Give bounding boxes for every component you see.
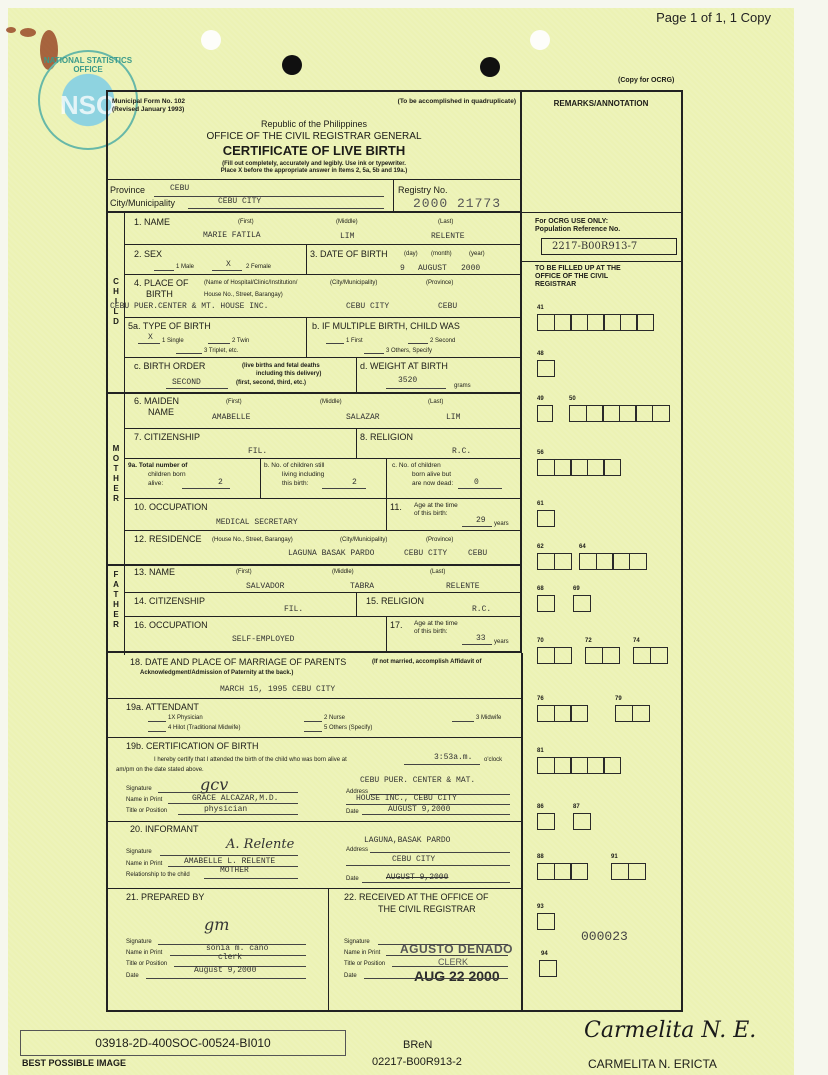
informant-name: AMABELLE L. RELENTE xyxy=(184,858,275,866)
best-image-label: BEST POSSIBLE IMAGE xyxy=(22,1059,126,1068)
population-ref-box: 2217-B00R913-7 xyxy=(541,238,677,255)
dob-year: 2000 xyxy=(461,265,480,273)
children-born-alive: 2 xyxy=(218,479,223,487)
stain xyxy=(20,28,36,37)
population-ref-value: 2217-B00R913-7 xyxy=(552,242,637,252)
code-boxes-50 xyxy=(569,405,668,422)
prepared-name: sonia m. cano xyxy=(206,945,268,953)
children-living: 2 xyxy=(352,479,357,487)
attendant-name: GRACE ALCAZAR,M.D. xyxy=(192,795,278,803)
birth-weight: 3520 xyxy=(398,377,417,385)
prepared-signature: gm xyxy=(204,915,229,934)
control-number-box: 03918-2D-400SOC-00524-BI010 xyxy=(20,1030,346,1056)
bren-number: 02217-B00R913-2 xyxy=(372,1057,462,1068)
code-boxes-48 xyxy=(537,360,554,377)
republic-label: Republic of the Philippines xyxy=(108,120,520,129)
mother-residence-street: LAGUNA BASAK PARDO xyxy=(288,550,374,558)
code-boxes-49 xyxy=(537,405,552,422)
prepared-title: clerk xyxy=(218,954,242,962)
punch-hole xyxy=(530,30,550,50)
father-age: 33 xyxy=(476,635,486,643)
mother-occupation: MEDICAL SECRETARY xyxy=(216,519,298,527)
informant-address-1: LAGUNA,BASAK PARDO xyxy=(364,837,450,845)
office-label: OFFICE OF THE CIVIL REGISTRAR GENERAL xyxy=(108,132,520,142)
mother-residence-city: CEBU CITY xyxy=(404,550,447,558)
certification-section: 18. DATE AND PLACE OF MARRIAGE OF PARENT… xyxy=(106,653,523,1012)
remarks-panel: REMARKS/ANNOTATION For OCRG USE ONLY: Po… xyxy=(521,90,683,1012)
code-boxes-41 xyxy=(537,314,653,331)
code-boxes-94 xyxy=(539,960,556,977)
mother-residence-province: CEBU xyxy=(468,550,487,558)
code-boxes-69 xyxy=(573,595,590,612)
informant-relationship: MOTHER xyxy=(220,867,249,875)
mother-first-name: AMABELLE xyxy=(212,414,250,422)
attendant-title: physician xyxy=(204,806,247,814)
code-boxes-56 xyxy=(537,459,620,476)
informant-date: AUGUST 9,2000 xyxy=(386,874,448,882)
mother-middle-name: SALAZAR xyxy=(346,414,380,422)
father-occupation: SELF-EMPLOYED xyxy=(232,636,294,644)
code-boxes-61 xyxy=(537,510,554,527)
dob-month: AUGUST xyxy=(418,265,447,273)
pob-province: CEBU xyxy=(438,303,457,311)
code-boxes-62 xyxy=(537,553,570,570)
attendant-date: AUGUST 9,2000 xyxy=(388,806,450,814)
sex-mark: X xyxy=(226,261,231,269)
received-date-stamp: AUG 22 2000 xyxy=(414,969,500,983)
type-mark: X xyxy=(148,334,153,342)
stain xyxy=(6,27,16,33)
province-value: CEBU xyxy=(170,185,189,193)
copy-for-label: (Copy for OCRG) xyxy=(618,77,674,84)
punch-hole xyxy=(480,57,500,77)
registry-number: 2000 21773 xyxy=(413,197,501,210)
father-religion: R.C. xyxy=(472,606,491,614)
code-boxes-88 xyxy=(537,863,587,880)
code-boxes-79 xyxy=(615,705,648,722)
code-boxes-76 xyxy=(537,705,587,722)
code-boxes-93 xyxy=(537,913,554,930)
informant-address-2: CEBU CITY xyxy=(392,856,435,864)
control-number: 03918-2D-400SOC-00524-BI010 xyxy=(95,1036,270,1050)
marriage-label: 18. DATE AND PLACE OF MARRIAGE OF PARENT… xyxy=(130,658,346,667)
stamp-number: 000023 xyxy=(581,930,628,943)
father-last-name: RELENTE xyxy=(446,583,480,591)
city-value: CEBU CITY xyxy=(218,198,261,206)
birth-order: SECOND xyxy=(172,379,201,387)
punch-hole xyxy=(201,30,221,50)
father-middle-name: TABRA xyxy=(350,583,374,591)
birth-time: 3:53a.m. xyxy=(434,754,472,762)
mother-religion: R.C. xyxy=(452,448,471,456)
code-boxes-81 xyxy=(537,757,620,774)
code-boxes-70 xyxy=(537,647,570,664)
attendant-address-2: HOUSE INC., CEBU CITY xyxy=(356,795,457,803)
section-label-father: FATHER xyxy=(108,570,124,630)
mother-age: 29 xyxy=(476,517,486,525)
bren-label: BReN xyxy=(403,1040,432,1051)
certificate-form: Municipal Form No. 102 (Revised January … xyxy=(106,90,522,653)
father-first-name: SALVADOR xyxy=(246,583,284,591)
pob-hospital: CEBU PUER.CENTER & MT. HOUSE INC. xyxy=(110,303,268,311)
attendant-address-1: CEBU PUER. CENTER & MAT. xyxy=(360,777,475,785)
signatory-signature: Carmelita N. E. xyxy=(584,1018,756,1043)
father-citizenship: FIL. xyxy=(284,606,303,614)
page-title: CERTIFICATE OF LIVE BIRTH xyxy=(108,144,520,157)
code-boxes-86 xyxy=(537,813,554,830)
dob-day: 9 xyxy=(400,265,405,273)
section-label-mother: MOTHER xyxy=(108,444,124,504)
code-boxes-72 xyxy=(585,647,618,664)
child-last-name: RELENTE xyxy=(431,233,465,241)
code-boxes-64 xyxy=(579,553,645,570)
pob-city: CEBU CITY xyxy=(346,303,389,311)
attendant-physician: 1X Physician xyxy=(168,715,203,721)
code-boxes-74 xyxy=(633,647,666,664)
punch-hole xyxy=(282,55,302,75)
child-first-name: MARIE FATILA xyxy=(203,232,261,240)
mother-last-name: LIM xyxy=(446,414,460,422)
code-boxes-68 xyxy=(537,595,554,612)
mother-citizenship: FIL. xyxy=(248,448,267,456)
received-name-stamp: AGUSTO DENADO xyxy=(400,943,513,955)
prepared-date: August 9,2000 xyxy=(194,967,256,975)
signatory-name: CARMELITA N. ERICTA xyxy=(588,1058,717,1070)
children-dead: 0 xyxy=(474,479,479,487)
page-count: Page 1 of 1, 1 Copy xyxy=(656,11,771,24)
remarks-title: REMARKS/ANNOTATION xyxy=(521,100,681,108)
code-boxes-87 xyxy=(573,813,590,830)
informant-signature: A. Relente xyxy=(226,837,294,852)
child-middle-name: LIM xyxy=(340,233,354,241)
marriage-value: MARCH 15, 1995 CEBU CITY xyxy=(220,686,335,694)
code-boxes-91 xyxy=(611,863,644,880)
